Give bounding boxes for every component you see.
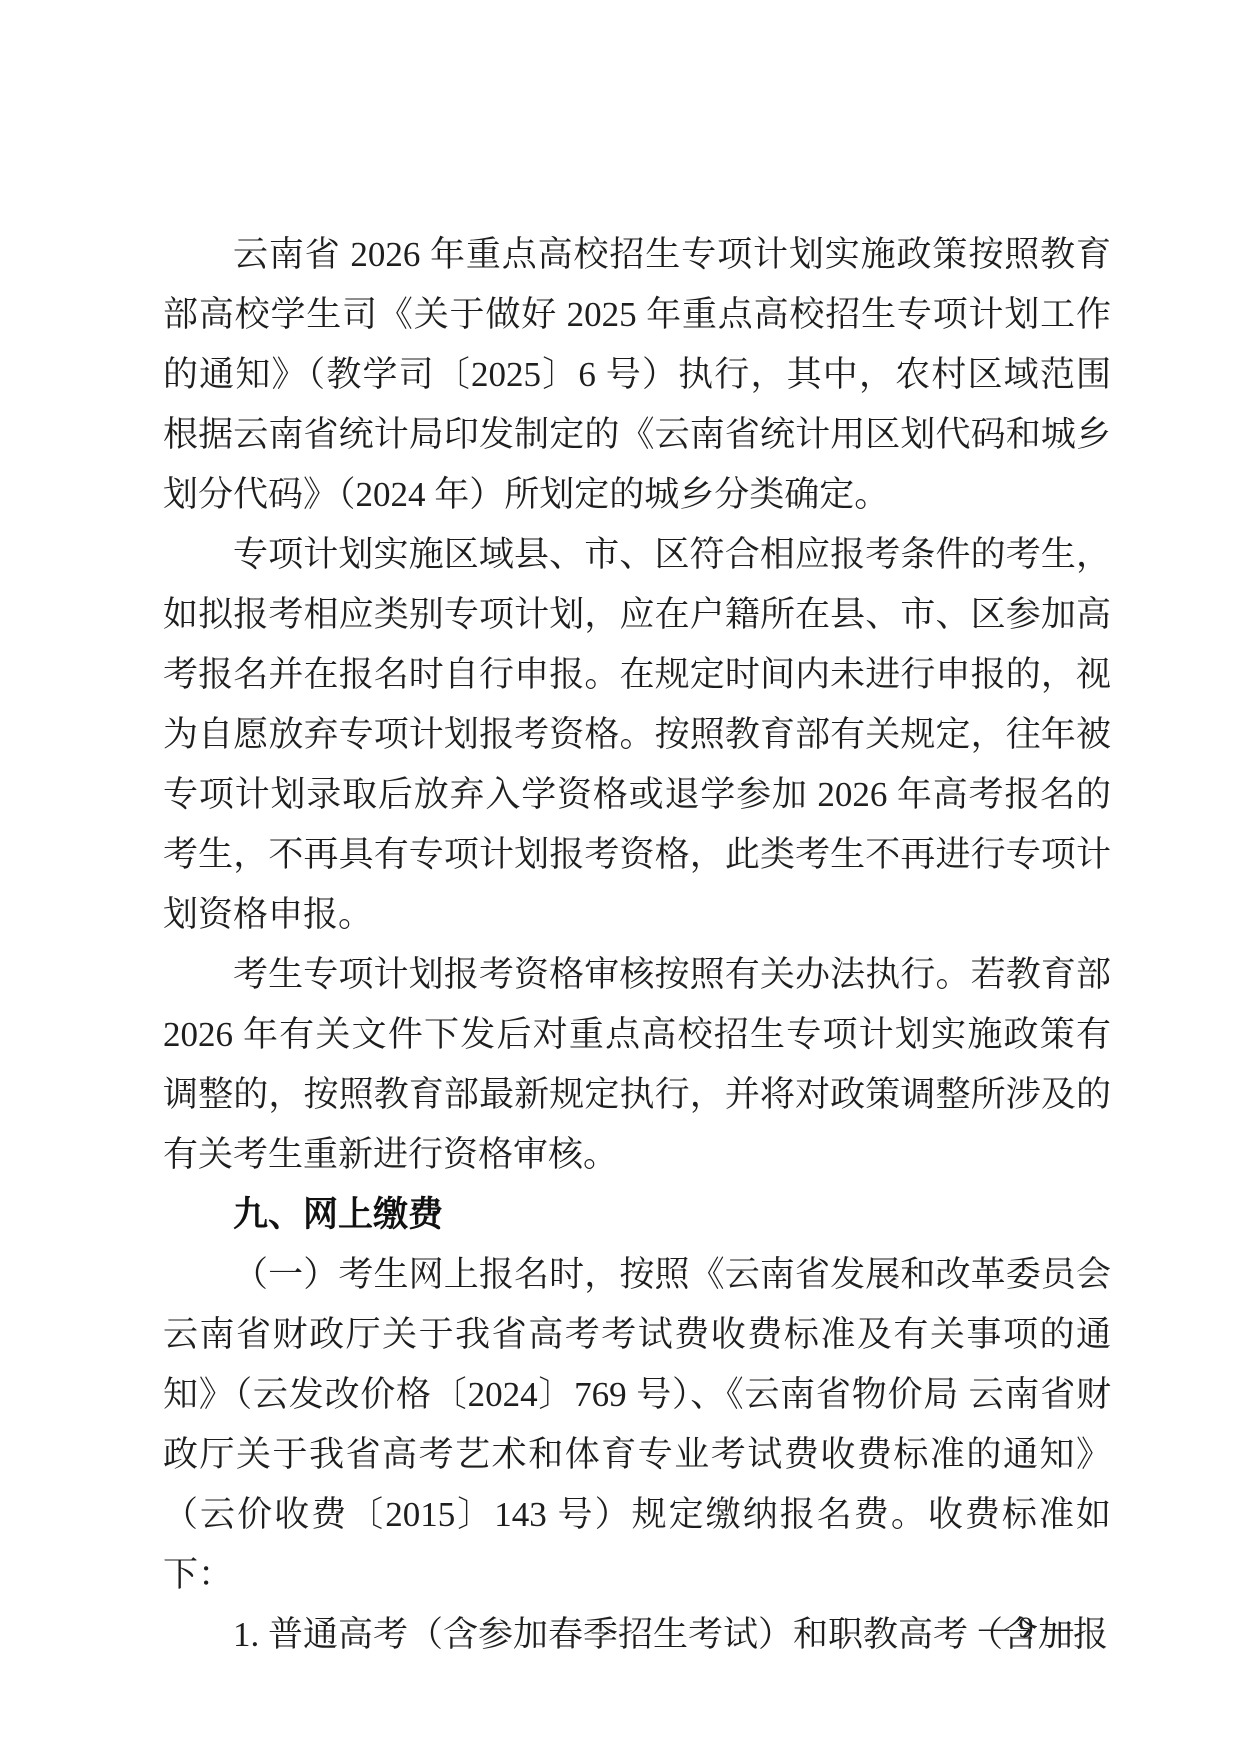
page-footer: — 9 — — [979, 1606, 1074, 1650]
section-heading-online-payment: 九、网上缴费 — [163, 1185, 1111, 1245]
paragraph-qualification-review: 考生专项计划报考资格审核按照有关办法执行。若教育部 2026 年有关文件下发后对… — [163, 945, 1111, 1185]
paragraph-fee-standard-item-1: 1. 普通高考（含参加春季招生考试）和职教高考（含加报 — [163, 1605, 1111, 1665]
page-number: — 9 — — [979, 1611, 1074, 1644]
paragraph-special-plan-policy: 云南省 2026 年重点高校招生专项计划实施政策按照教育部高校学生司《关于做好 … — [163, 225, 1111, 525]
document-page: 云南省 2026 年重点高校招生专项计划实施政策按照教育部高校学生司《关于做好 … — [0, 0, 1240, 1753]
paragraph-payment-regulations: （一）考生网上报名时，按照《云南省发展和改革委员会 云南省财政厅关于我省高考考试… — [163, 1245, 1111, 1605]
document-body: 云南省 2026 年重点高校招生专项计划实施政策按照教育部高校学生司《关于做好 … — [163, 225, 1111, 1665]
paragraph-application-declaration-rules: 专项计划实施区域县、市、区符合相应报考条件的考生，如拟报考相应类别专项计划，应在… — [163, 525, 1111, 945]
